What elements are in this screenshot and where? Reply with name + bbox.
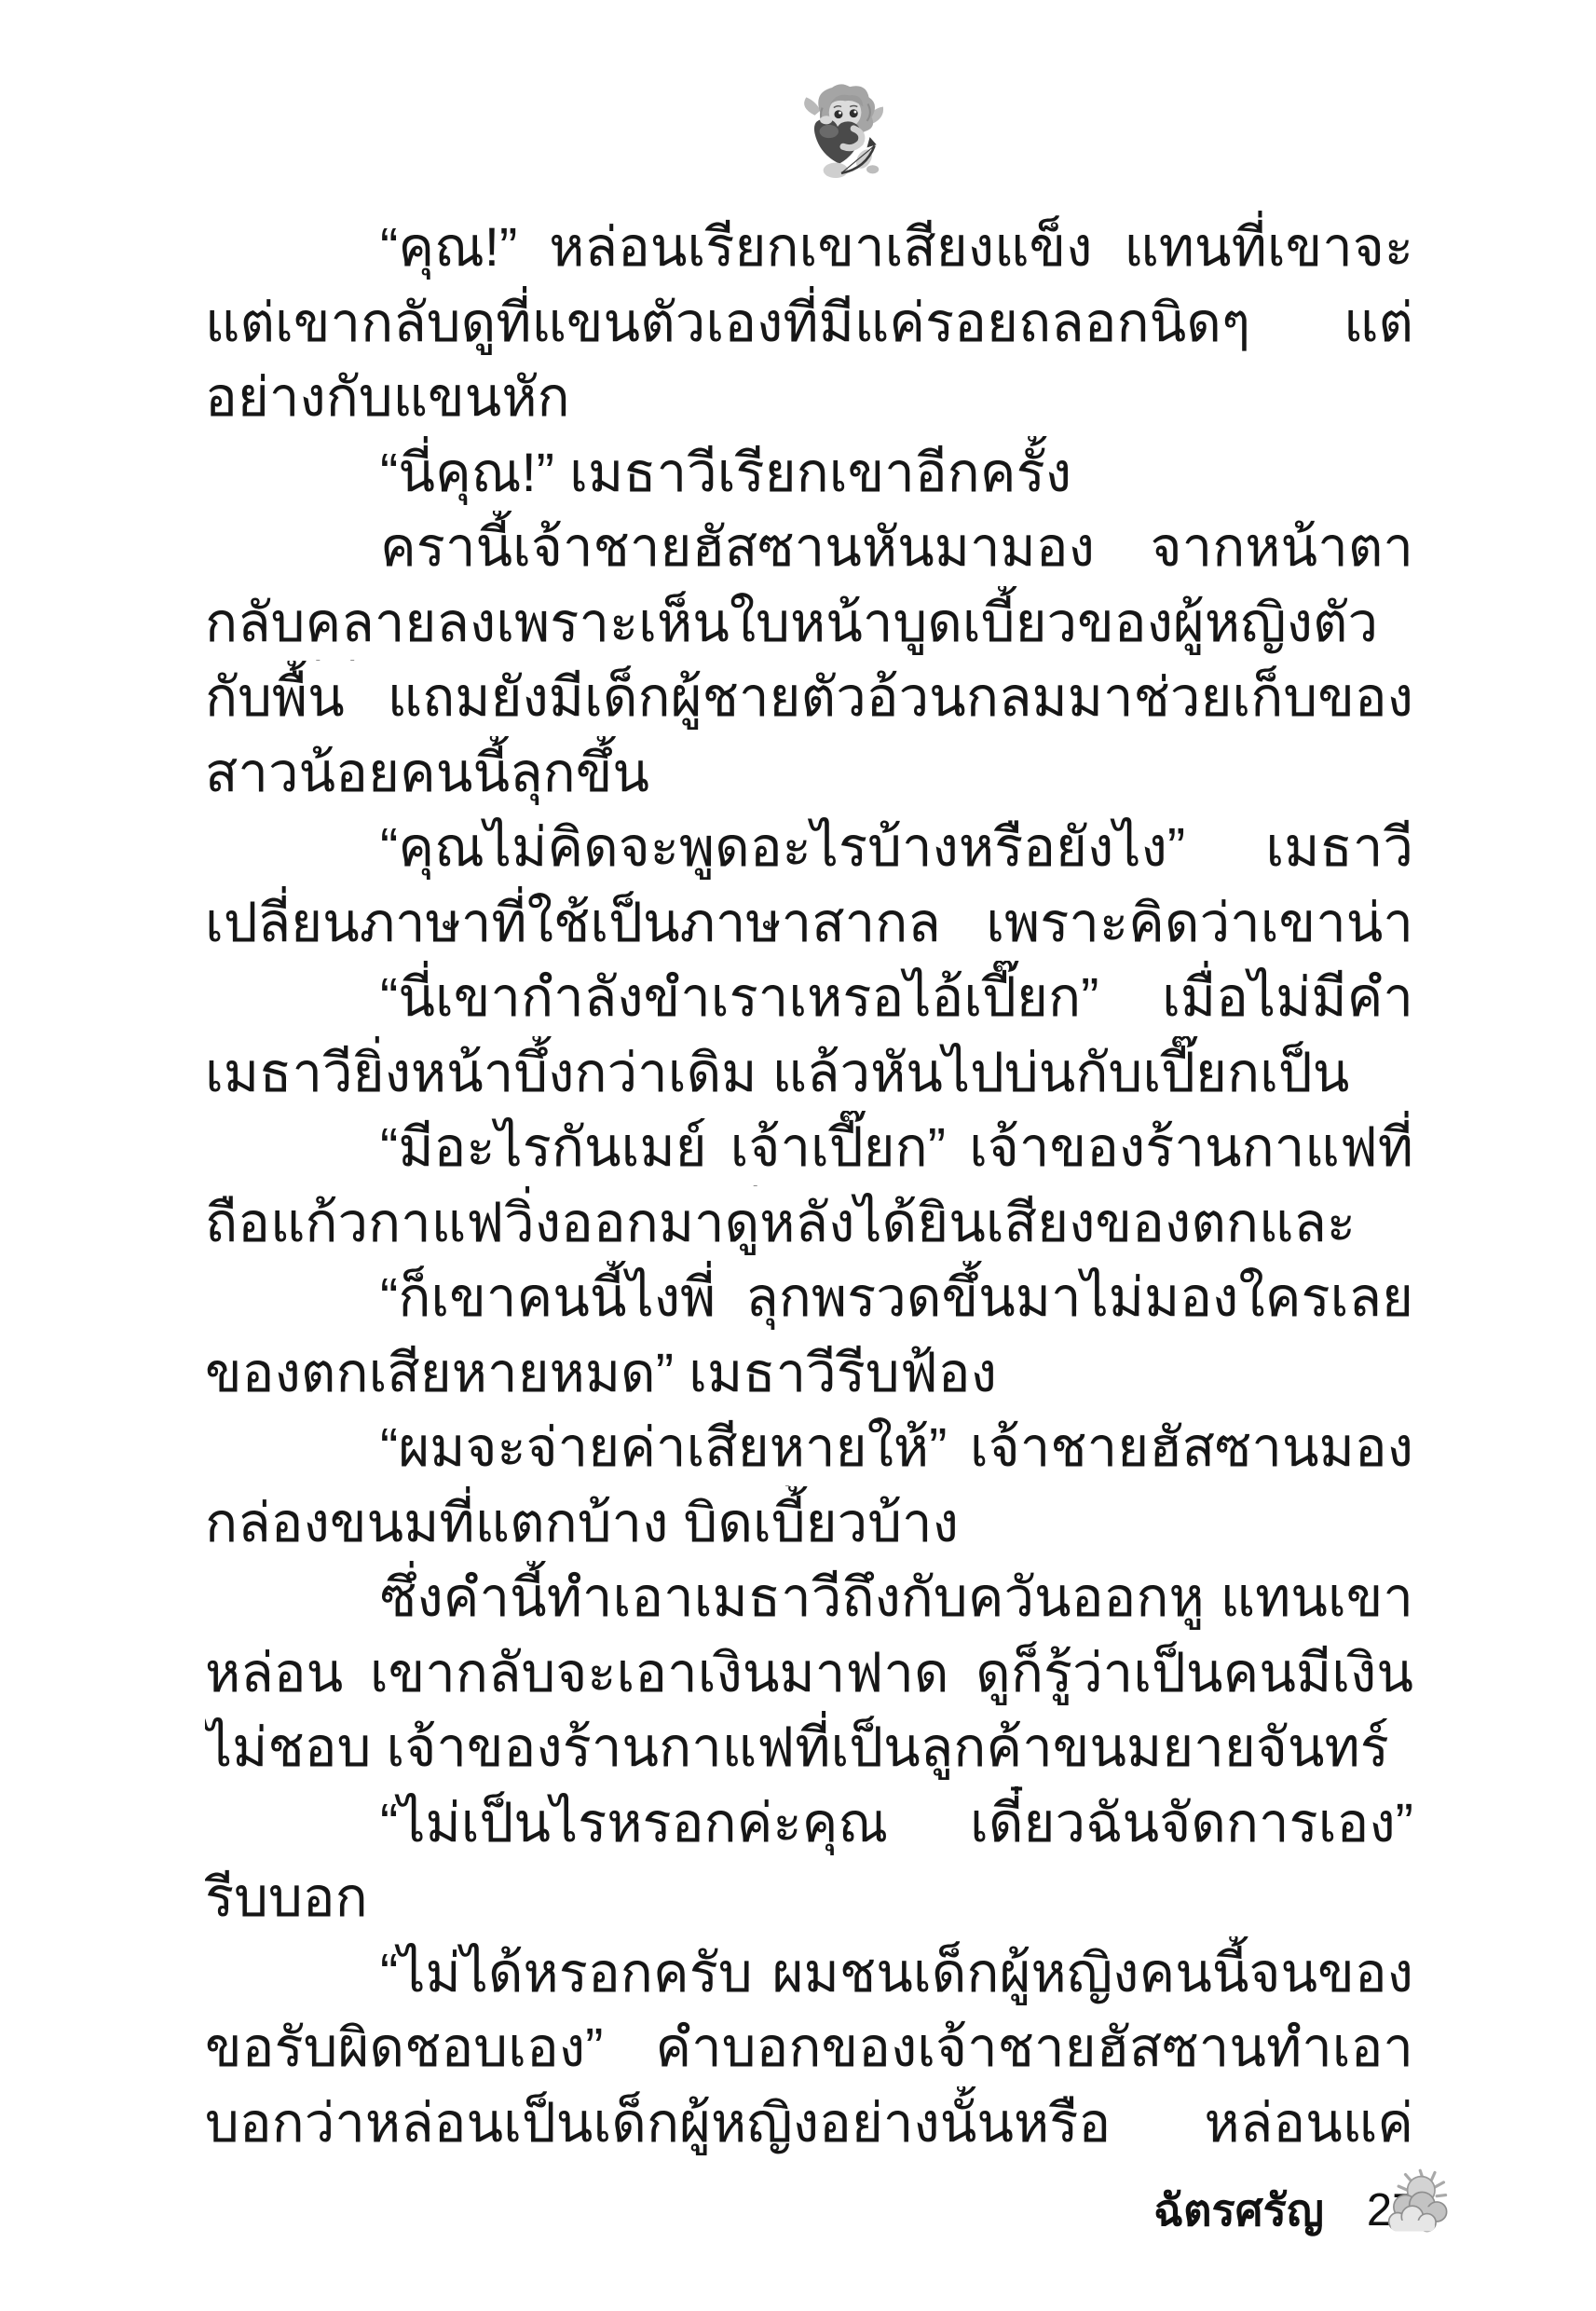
text-line: กล่องขนมที่แตกบ้าง บิดเบี้ยวบ้าง [205, 1486, 1413, 1562]
text-line: “นี่เขากำลังขำเราเหรอไอ้เปี๊ยก” เมื่อไม่… [205, 961, 1413, 1036]
text-line: ซึ่งคำนี้ทำเอาเมธาวีถึงกับควันออกหู แทนเ… [205, 1561, 1413, 1636]
text-line: บอกว่าหล่อนเป็นเด็กผู้หญิงอย่างนั้นหรือ … [205, 2086, 1413, 2162]
author-name: ฉัตรศรัญ [1153, 2175, 1324, 2245]
text-line: ถือแก้วกาแฟวิ่งออกมาดูหลังได้ยินเสียงของ… [205, 1186, 1413, 1262]
text-line: “คุณไม่คิดจะพูดอะไรบ้างหรือยังไง” เมธาวี… [205, 811, 1413, 886]
text-line: สาวน้อยคนนี้ลุกขึ้น [205, 736, 1413, 812]
text-line: กลับคลายลงเพราะเห็นใบหน้าบูดเบี้ยวของผู้… [205, 586, 1413, 662]
text-line: ครานี้เจ้าชายฮัสซานหันมามอง จากหน้าตายุ่… [205, 511, 1413, 586]
cupid-icon [794, 79, 889, 180]
text-line: เมธาวียิ่งหน้าบึ้งกว่าเดิม แล้วหันไปบ่นก… [205, 1036, 1413, 1112]
text-line: “คุณ!” หล่อนเรียกเขาเสียงแข็ง แทนที่เขาจ… [205, 211, 1413, 286]
text-line: ของตกเสียหายหมด” เมธาวีรีบฟ้อง [205, 1336, 1413, 1412]
text-line: หล่อน เขากลับจะเอาเงินมาฟาด ดูก็รู้ว่าเป… [205, 1636, 1413, 1712]
text-line: แต่เขากลับดูที่แขนตัวเองที่มีแค่รอยถลอกน… [205, 286, 1413, 362]
text-line: “ไม่ได้หรอกครับ ผมชนเด็กผู้หญิงคนนี้จนขอ… [205, 1936, 1413, 2012]
text-line: “ก็เขาคนนี้ไงพี่ ลุกพรวดขึ้นมาไม่มองใครเ… [205, 1261, 1413, 1336]
page-text: “คุณ!” หล่อนเรียกเขาเสียงแข็ง แทนที่เขาจ… [205, 211, 1413, 2161]
text-line: ขอรับผิดชอบเอง” คำบอกของเจ้าชายฮัสซานทำเ… [205, 2011, 1413, 2086]
book-page: “คุณ!” หล่อนเรียกเขาเสียงแข็ง แทนที่เขาจ… [0, 0, 1596, 2311]
text-line: กับพื้น แถมยังมีเด็กผู้ชายตัวอ้วนกลมมาช่… [205, 661, 1413, 736]
text-line: “มีอะไรกันเมย์ เจ้าเปี๊ยก” เจ้าของร้านกา… [205, 1111, 1413, 1186]
text-line: “นี่คุณ!” เมธาวีเรียกเขาอีกครั้ง [205, 436, 1413, 512]
text-line: “ไม่เป็นไรหรอกค่ะคุณ เดี๋ยวฉันจัดการเอง”… [205, 1786, 1413, 1862]
text-line: ไม่ชอบ เจ้าของร้านกาแฟที่เป็นลูกค้าขนมยา… [205, 1711, 1413, 1786]
text-line: เปลี่ยนภาษาที่ใช้เป็นภาษาสากล เพราะคิดว่… [205, 886, 1413, 962]
text-line: อย่างกับแขนหัก [205, 361, 1413, 436]
cupid-holding-heart-illustration [794, 79, 889, 180]
sun-behind-clouds-icon [1377, 2166, 1453, 2240]
text-line: รีบบอก [205, 1861, 1413, 1936]
text-line: “ผมจะจ่ายค่าเสียหายให้” เจ้าชายฮัสซานมอง… [205, 1411, 1413, 1486]
